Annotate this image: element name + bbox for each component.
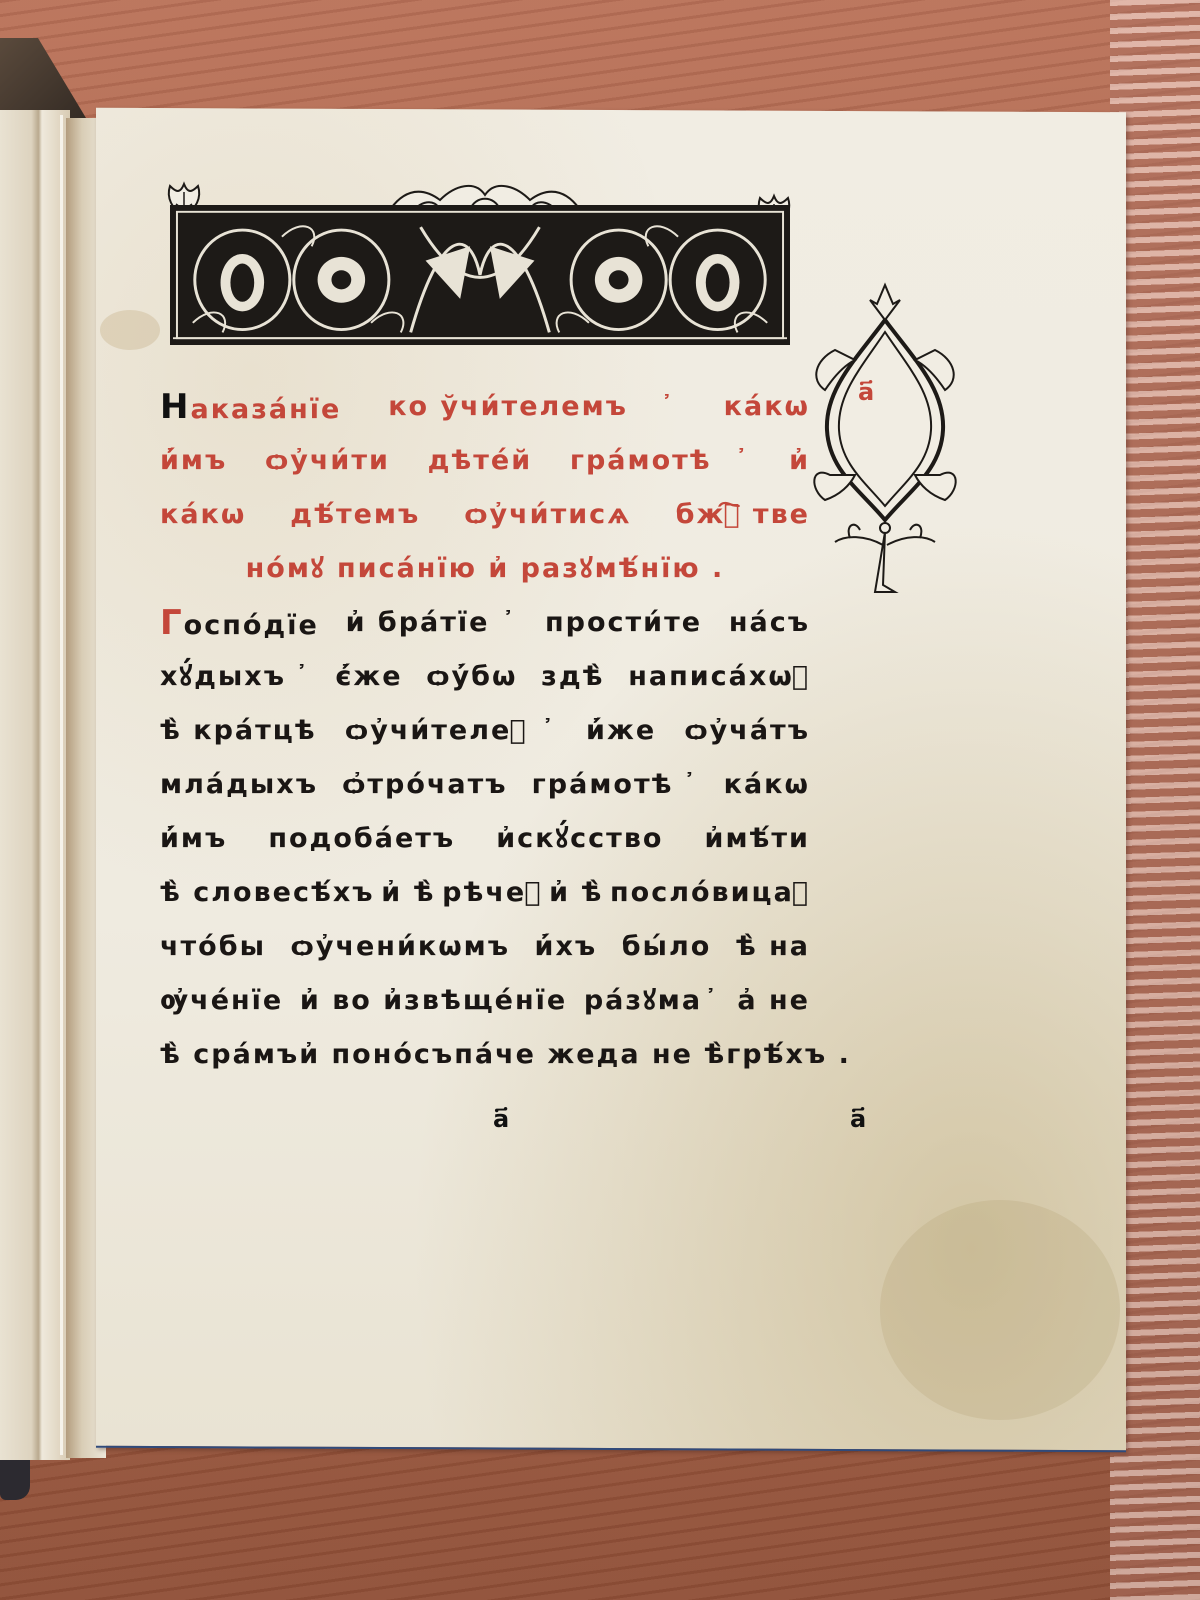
headpiece-ornament: [170, 205, 790, 345]
body-line-6: ѣ̀ словесѣ́хъ и҆ ѣ̀ рѣчеⷯ и҆ ѣ̀ посло́ви…: [160, 866, 810, 920]
body-line-3: ѣ̀ кра́тцѣ ѻу҆чи́телеⷨ ҆ и҆́же ѻу҆ча́тъ: [160, 704, 810, 758]
spine: [60, 115, 63, 1455]
body-line-1: Госпо́дїе и҆ бра́тїе ҆ прости́те на́съ: [160, 596, 810, 650]
drop-initial: Н: [160, 387, 190, 427]
body-line-8: ѹ҆че́нїе и҆ во и҆звѣще́нїе ра́зꙋма ҆ а҆ …: [160, 974, 810, 1028]
stain: [880, 1200, 1120, 1420]
stain: [100, 310, 160, 350]
heading-line-2: и҆́мъ ѻу҆чи́ти дѣте́й гра́мотѣ ҆ и҆: [160, 434, 810, 488]
drop-initial-red: Г: [160, 603, 184, 643]
heading-line-4: но́мꙋ писа́нїю и҆ разꙋмѣ́нїю .: [160, 542, 810, 596]
heading-line-1: Наказа́нїе ко ўчи́телемъ ҆ ка́кѡ: [160, 380, 810, 434]
signature-mark-right: а҃: [850, 1105, 866, 1133]
body-line-9: ѣ̀ сра́мъ и҆ поно́съ па́че же да не ѣ̀ г…: [160, 1028, 810, 1082]
cartouche-ornament: [805, 280, 965, 600]
heading-line-3: ка́кѡ дѣ́темъ ѻу҆чи́тисѧ бжⷭ҇ тве: [160, 488, 810, 542]
page-text-block: Наказа́нїе ко ўчи́телемъ ҆ ка́кѡ и҆́мъ ѻ…: [160, 380, 810, 1082]
body-line-5: и҆́мъ подоба́етъ и҆скꙋ́сство и҆мѣ́ти: [160, 812, 810, 866]
body-line-4: мла́дыхъ ѻ҆тро́чатъ гра́мотѣ ҆ ка́кѡ: [160, 758, 810, 812]
body-line-7: что́бы ѻу҆чени́кѡмъ и҆́хъ бы́ло ѣ̀ на: [160, 920, 810, 974]
body-line-2: хꙋ́дыхъ ҆ є҆́же ѻу҆́бѡ здѣ̀ написа́хѡⷨ: [160, 650, 810, 704]
folio-number: а҃: [858, 378, 874, 406]
signature-mark-left: а҃: [493, 1105, 509, 1133]
